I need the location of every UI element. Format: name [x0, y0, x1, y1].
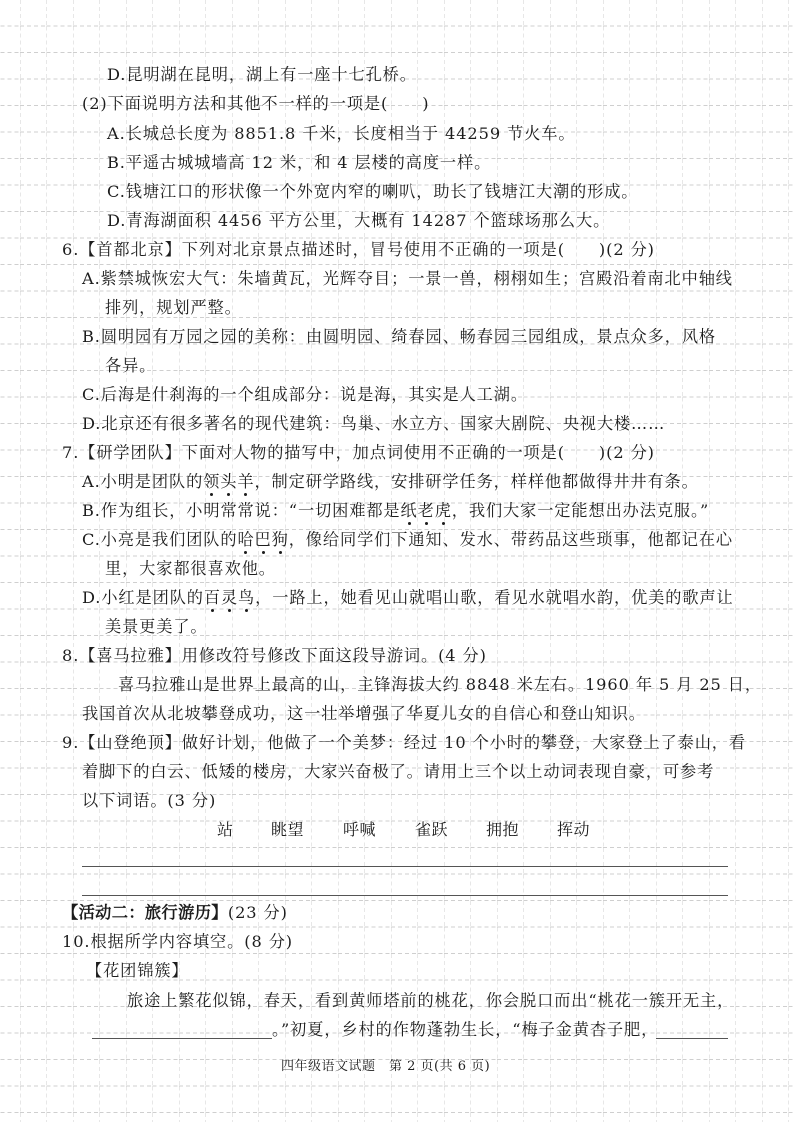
word-option: 眺望	[271, 819, 304, 841]
q5-sub2-option-b: B.平遥古城城墙高 12 米，和 4 层楼的高度一样。	[107, 152, 491, 174]
q9-stem-text: 做好计划，他做了一个美梦：经过 10 个小时的攀登，大家登上了泰山，看	[182, 733, 746, 752]
emphasized-word-text: 纸老虎	[401, 501, 452, 520]
q5-sub2-option-d: D.青海湖面积 4456 平方公里，大概有 14287 个篮球场那么大。	[107, 210, 610, 232]
q8-number: 8.	[62, 646, 79, 665]
fill-blank-2[interactable]	[656, 1038, 728, 1039]
q9-number: 9.	[62, 733, 79, 752]
q7-option-b-pre: B.作为组长，小明常常说：“一切困难都是	[82, 501, 401, 520]
q7-stem-end: )(2 分)	[599, 443, 655, 462]
q8-passage-line2: 我国首次从北坡攀登成功，这一壮举增强了华夏儿女的自信心和登山知识。	[82, 703, 646, 725]
q7-number: 7.	[62, 443, 79, 462]
emphasized-word: 纸老虎	[401, 500, 452, 522]
word-option: 站	[217, 819, 234, 841]
q7-option-c-cont: 里，大家都很喜欢他。	[105, 558, 276, 580]
activity2-heading: 【活动二：旅行游历】(23 分)	[62, 902, 288, 924]
q5-sub2-stem: (2)下面说明方法和其他不一样的一项是()	[82, 93, 429, 115]
q7-option-a: A.小明是团队的领头羊，制定研学路线，安排研学任务，样样他都做得井井有条。	[82, 471, 699, 493]
emphasis-dots	[237, 551, 288, 554]
q5-sub1-option-d: D.昆明湖在昆明，湖上有一座十七孔桥。	[107, 64, 417, 86]
q7-option-a-post: ，制定研学路线，安排研学任务，样样他都做得井井有条。	[254, 472, 698, 491]
q7-option-b: B.作为组长，小明常常说：“一切困难都是纸老虎，我们大家一定能想出办法克服。”	[82, 500, 709, 522]
q7-option-c: C.小亮是我们团队的哈巴狗，像给同学们下通知、发水、带药品这些琐事，他都记在心	[82, 529, 733, 551]
emphasized-word-text: 百灵鸟	[204, 588, 255, 607]
word-option: 呼喊	[343, 819, 376, 841]
answer-line-1[interactable]	[82, 866, 728, 867]
q10-subheading: 【花团锦簇】	[86, 960, 189, 982]
emphasized-word: 领头羊	[203, 471, 254, 493]
q6-stem-text: 下列对北京景点描述时，冒号使用不正确的一项是(	[182, 240, 565, 259]
q5-sub2-option-c: C.钱塘江口的形状像一个外宽内窄的喇叭，助长了钱塘江大潮的形成。	[107, 181, 638, 203]
emphasized-word: 哈巴狗	[237, 529, 288, 551]
q7-option-d-pre: D.小红是团队的	[82, 588, 204, 607]
q10-stem: 10.根据所学内容填空。(8 分)	[62, 931, 293, 953]
q6-number: 6.	[62, 240, 79, 259]
q6-tag: 【首都北京】	[79, 240, 182, 259]
q8-tag: 【喜马拉雅】	[79, 646, 182, 665]
q7-option-a-pre: A.小明是团队的	[82, 472, 203, 491]
emphasized-word: 百灵鸟	[204, 587, 255, 609]
q6-option-b-cont: 各异。	[105, 355, 156, 377]
q6-stem-end: )(2 分)	[599, 240, 655, 259]
q9-stem-line3: 以下词语。(3 分)	[82, 790, 216, 812]
answer-line-2[interactable]	[82, 895, 728, 896]
q7-stem-text: 下面对人物的描写中，加点词使用不正确的一项是(	[182, 443, 565, 462]
q9-tag: 【山登绝顶】	[79, 733, 182, 752]
q7-stem: 7.【研学团队】下面对人物的描写中，加点词使用不正确的一项是()(2 分)	[62, 442, 655, 464]
page-footer: 四年级语文试题 第 2 页(共 6 页)	[281, 1058, 490, 1076]
q6-option-c: C.后海是什刹海的一个组成部分：说是海，其实是人工湖。	[82, 384, 528, 406]
activity2-title: 【活动二：旅行游历】	[62, 903, 228, 922]
exam-page: D.昆明湖在昆明，湖上有一座十七孔桥。 (2)下面说明方法和其他不一样的一项是(…	[0, 0, 793, 1122]
q6-stem: 6.【首都北京】下列对北京景点描述时，冒号使用不正确的一项是()(2 分)	[62, 239, 655, 261]
q10-line1: 旅途上繁花似锦，春天，看到黄师塔前的桃花，你会脱口而出“桃花一簇开无主，	[127, 990, 734, 1012]
q9-stem: 9.【山登绝顶】做好计划，他做了一个美梦：经过 10 个小时的攀登，大家登上了泰…	[62, 732, 746, 754]
emphasis-dots	[204, 609, 255, 612]
q7-option-b-post: ，我们大家一定能想出办法克服。”	[452, 501, 709, 520]
q7-option-d-post: ，一路上，她看见山就唱山歌，看见水就唱水韵，优美的歌声让	[255, 588, 733, 607]
word-option: 拥抱	[486, 819, 519, 841]
q5-sub2-stem-end: )	[422, 94, 429, 113]
q8-stem: 8.【喜马拉雅】用修改符号修改下面这段导游词。(4 分)	[62, 645, 487, 667]
q6-option-a-cont: 排列，规划严整。	[105, 297, 242, 319]
word-option: 挥动	[557, 819, 590, 841]
q9-stem-line2: 着脚下的白云、低矮的楼房，大家兴奋极了。请用上三个以上动词表现自豪，可参考	[82, 761, 714, 783]
q8-stem-text: 用修改符号修改下面这段导游词。(4 分)	[182, 646, 487, 665]
word-option: 雀跃	[415, 819, 448, 841]
emphasized-word-text: 领头羊	[203, 472, 254, 491]
q10-line2: 。”初夏，乡村的作物蓬勃生长，“梅子金黄杏子肥，	[272, 1019, 658, 1041]
emphasis-dots	[401, 522, 452, 525]
q7-option-d: D.小红是团队的百灵鸟，一路上，她看见山就唱山歌，看见水就唱水韵，优美的歌声让	[82, 587, 734, 609]
q5-sub2-stem-text: (2)下面说明方法和其他不一样的一项是(	[82, 94, 388, 113]
q7-option-d-cont: 美景更美了。	[105, 616, 208, 638]
activity2-score: (23 分)	[228, 903, 288, 922]
q7-tag: 【研学团队】	[79, 443, 182, 462]
emphasized-word-text: 哈巴狗	[237, 530, 288, 549]
q6-option-b: B.圆明园有万园之园的美称：由圆明园、绮春园、畅春园三园组成，景点众多，风格	[82, 326, 716, 348]
fill-blank-1[interactable]	[92, 1038, 272, 1039]
q7-option-c-post: ，像给同学们下通知、发水、带药品这些琐事，他都记在心	[289, 530, 733, 549]
q6-option-d: D.北京还有很多著名的现代建筑：鸟巢、水立方、国家大剧院、央视大楼……	[82, 413, 665, 435]
q6-option-a: A.紫禁城恢宏大气：朱墙黄瓦，光辉夺目；一景一兽，栩栩如生；宫殿沿着南北中轴线	[82, 268, 733, 290]
q8-passage-line1: 喜马拉雅山是世界上最高的山，主锋海拔大约 8848 米左右。1960 年 5 月…	[118, 674, 762, 696]
emphasis-dots	[203, 493, 254, 496]
q5-sub2-option-a: A.长城总长度为 8851.8 千米，长度相当于 44259 节火车。	[107, 123, 575, 145]
q7-option-c-pre: C.小亮是我们团队的	[82, 530, 237, 549]
